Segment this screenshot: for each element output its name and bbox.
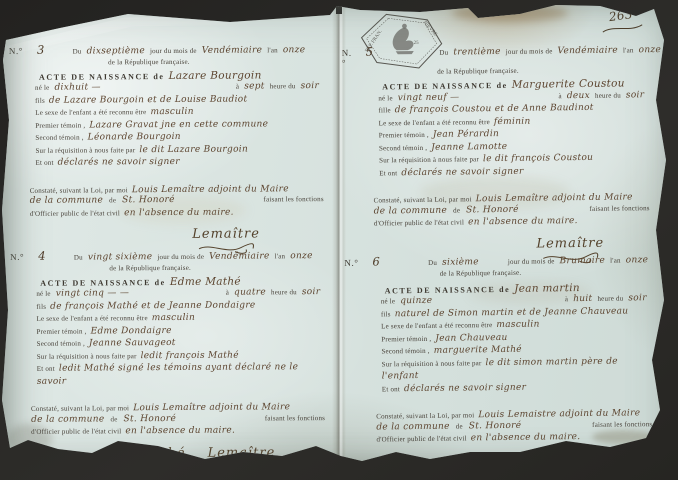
record-number: 5	[366, 48, 374, 58]
birth-record-4: N.° 4 Du vingt sixième jour du mois de V…	[10, 250, 331, 474]
sex-label: Le sexe de l'enfant a été reconnu être	[35, 108, 146, 117]
year-prefix: l'an	[610, 257, 621, 267]
hour-value: huit	[573, 295, 592, 305]
date-year: onze	[639, 46, 662, 56]
born-day: dixhuit —	[54, 83, 100, 93]
commune-label: de la commune	[30, 195, 103, 206]
date-month: Vendémiaire	[557, 47, 618, 57]
date-mid-label: jour du mois de	[157, 253, 204, 263]
hour-at-label: à	[236, 83, 239, 93]
functions-label: faisant les fonctions	[589, 203, 649, 214]
signature-flourish	[529, 466, 587, 480]
signature: Lemaître	[208, 445, 276, 460]
child-name: Marguerite Coustou	[512, 77, 625, 90]
commune-name: St. Honoré	[469, 420, 522, 431]
acte-label: ACTE DE NAISSANCE de	[40, 278, 166, 288]
commune-name: St. Honoré	[122, 195, 175, 206]
acte-label: ACTE DE NAISSANCE de	[39, 72, 165, 82]
parents-names: de françois Mathé et de Jeanne Dondaigre	[50, 300, 255, 311]
folio-number: 263	[598, 4, 645, 37]
filiation-label: fils	[36, 302, 46, 310]
witness2-label: Second témoin ,	[37, 340, 85, 348]
requisition-label: Sur la réquisition à nous faite par	[382, 359, 482, 368]
commune-label: de la commune	[31, 414, 104, 425]
binding-seam	[332, 0, 346, 480]
date-month: Vendémiaire	[202, 46, 263, 56]
certification-paragraph: Constaté, suivant la Loi, par moi Louis …	[10, 182, 330, 219]
signed-note: ledit Mathé signé les témoins ayant décl…	[37, 362, 298, 386]
de-label: de	[456, 421, 463, 432]
witness1-label: Premier témoin ,	[35, 121, 85, 129]
record-number-label: N.°	[10, 253, 24, 263]
folio-flourish	[600, 21, 645, 37]
witness1-label: Premier témoin ,	[37, 327, 87, 335]
year-prefix: l'an	[267, 46, 278, 56]
date-year: onze	[626, 256, 649, 266]
hour-label: heure du	[270, 82, 296, 92]
hour-label: heure du	[271, 288, 297, 298]
date-month: Vendémiaire	[209, 252, 270, 262]
absence-note: en l'absence du maire.	[124, 207, 234, 218]
signature-flourish	[212, 460, 270, 473]
date-day: trentième	[453, 48, 501, 58]
date-month: Brumaire	[560, 257, 606, 267]
hour-at-label: à	[565, 295, 568, 305]
stamp-text-right: NIÈVRE	[422, 20, 439, 38]
signature: Lemaistre adj.	[504, 451, 613, 467]
signed-note: déclarés ne savoir signer	[401, 166, 523, 177]
witness1-name: Edme Dondaigre	[91, 325, 172, 335]
sex-label: Le sexe de l'enfant a été reconnu être	[381, 321, 492, 330]
signed-label: Et ont	[379, 169, 397, 177]
functions-label: faisant les fonctions	[592, 419, 652, 430]
date-mid-label: jour du mois de	[506, 47, 553, 57]
year-prefix: l'an	[275, 252, 286, 262]
signed-note: déclarés ne savoir signer	[58, 157, 180, 168]
filiation-label: fille	[378, 106, 390, 114]
requisition-label: Sur la réquisition à nous faite par	[35, 146, 135, 155]
constate-label: Constaté, suivant la Loi, par moi	[374, 195, 472, 204]
de-label: de	[109, 195, 116, 206]
record-number-label: N.°	[9, 47, 23, 57]
witness1-label: Premier témoin ,	[379, 131, 429, 140]
date-prefix: Du	[428, 259, 437, 269]
parents-names: de françois Coustou et de Anne Baudinot	[395, 103, 594, 115]
witness2-name: marguerite Mathé	[434, 345, 522, 356]
date-mid-label: jour du mois de	[150, 47, 197, 57]
hour-value: sept	[244, 82, 265, 92]
absence-note: en l'absence du maire.	[468, 216, 578, 227]
witness2-name: Jeanne Sauvageot	[89, 338, 176, 349]
officer-label: d'Officier public de l'état civil	[31, 427, 121, 436]
constate-label: Constaté, suivant la Loi, par moi	[376, 411, 474, 420]
date-day: sixième	[442, 258, 479, 268]
requisition-name: ledit françois Mathé	[141, 350, 239, 361]
officer-name: Louis Lemaître adjoint du Maire	[133, 402, 290, 413]
requisition-label: Sur la réquisition à nous faite par	[37, 352, 137, 361]
officer-label: d'Officier public de l'état civil	[30, 209, 120, 218]
date-prefix: Du	[439, 49, 448, 59]
filiation-label: fils	[35, 96, 45, 104]
de-label: de	[453, 205, 460, 216]
officer-name: Louis Lemaître adjoint du Maire	[132, 184, 289, 195]
certification-paragraph: Constaté, suivant la Loi, par moi Louis …	[346, 406, 658, 445]
requisition-name: le dit françois Coustou	[483, 153, 593, 164]
witness2-label: Second témoin ,	[35, 134, 83, 142]
signed-label: Et ont	[37, 365, 55, 373]
hour-label: heure du	[597, 294, 623, 304]
signature: Lemaître	[192, 226, 260, 241]
requisition-name: le dit Lazare Bourgoin	[139, 144, 248, 155]
child-name: Edme Mathé	[170, 275, 241, 287]
born-day: vingt cinq — —	[56, 289, 129, 299]
absence-note: en l'absence du maire.	[125, 426, 235, 437]
certification-paragraph: Constaté, suivant la Loi, par moi Louis …	[11, 400, 331, 437]
witness1-name: Jean Chauveau	[435, 332, 507, 343]
page-left: N.° 3 Du dixseptième jour du mois de Ven…	[9, 17, 332, 469]
date-day: dixseptième	[87, 47, 145, 57]
witness2-label: Second témoin ,	[379, 143, 427, 152]
hour-period: soir	[628, 294, 647, 304]
functions-label: faisant les fonctions	[264, 194, 324, 205]
commune-name: St. Honoré	[466, 204, 519, 215]
scan-background: N.° 3 Du dixseptième jour du mois de Ven…	[0, 0, 678, 480]
date-year: onze	[283, 46, 306, 56]
filiation-label: fils	[381, 310, 391, 318]
year-prefix: l'an	[623, 46, 634, 56]
record-number-label: N.°	[344, 259, 358, 269]
date-day: vingt sixième	[88, 253, 153, 263]
absence-note: en l'absence du maire.	[471, 432, 581, 443]
hour-at-label: à	[226, 289, 229, 299]
commune-name: St. Honoré	[123, 413, 176, 424]
hour-label: heure du	[595, 91, 621, 101]
seam-notch	[336, 0, 342, 14]
sex-value: féminin	[494, 116, 531, 126]
witness2-name: Jeanne Lamotte	[431, 141, 507, 152]
witness2-name: Léonarde Bourgoin	[88, 132, 181, 143]
signature-father: f. mathé	[124, 445, 186, 460]
born-day: quinze	[400, 297, 432, 307]
record-number: 4	[38, 252, 46, 262]
record-number: 6	[372, 257, 380, 267]
signature: Lemaître	[536, 235, 604, 251]
stamp-value: 25	[414, 41, 420, 46]
functions-label: faisant les fonctions	[265, 413, 325, 424]
witness1-label: Premier témoin ,	[381, 334, 431, 343]
hour-at-label: à	[558, 92, 561, 102]
constate-label: Constaté, suivant la Loi, par moi	[30, 186, 128, 195]
birth-record-6: N.° 6 Du sixième jour du mois de Brumair…	[344, 254, 659, 480]
date-year: onze	[290, 252, 313, 262]
constate-label: Constaté, suivant la Loi, par moi	[31, 404, 129, 413]
acte-label: ACTE DE NAISSANCE de	[382, 81, 508, 92]
sex-label: Le sexe de l'enfant a été reconnu être	[36, 314, 147, 323]
officer-label: d'Officier public de l'état civil	[376, 434, 466, 443]
sex-value: masculin	[496, 320, 539, 331]
date-mid-label: jour du mois de	[508, 257, 555, 267]
hour-period: soir	[301, 82, 319, 92]
child-name: Lazare Bourgoin	[169, 69, 262, 82]
officer-label: d'Officier public de l'état civil	[374, 218, 464, 227]
witness1-name: Lazare Gravat jne en cette commune	[89, 119, 268, 130]
date-prefix: Du	[73, 48, 82, 58]
birth-record-3: N.° 3 Du dixseptième jour du mois de Ven…	[9, 44, 330, 256]
witness1-name: Jean Pérardin	[433, 129, 499, 140]
register-spread: N.° 3 Du dixseptième jour du mois de Ven…	[0, 0, 678, 480]
signed-note: déclarés ne savoir signer	[404, 382, 526, 393]
sex-value: masculin	[150, 107, 193, 117]
record-number: 3	[37, 46, 45, 56]
sex-value: masculin	[152, 313, 195, 323]
certification-paragraph: Constaté, suivant la Loi, par moi Louis …	[343, 190, 655, 229]
hour-period: soir	[626, 91, 645, 101]
de-label: de	[110, 414, 117, 425]
acte-label: ACTE DE NAISSANCE de	[385, 284, 511, 295]
birth-record-5: N.° 5 Du trentième jour du mois de Vendé…	[342, 44, 657, 266]
signed-label: Et ont	[35, 159, 53, 167]
hour-value: deux	[567, 91, 590, 101]
requisition-label: Sur la réquisition à nous faite par	[379, 155, 479, 164]
child-name: Jean martin	[514, 282, 580, 295]
page-right: RÉP. FRAN. NIÈVRE 25 263 N.° 5 Du trenti…	[341, 2, 659, 468]
signed-label: Et ont	[382, 385, 400, 393]
witness2-label: Second témoin ,	[381, 347, 429, 356]
date-prefix: Du	[74, 254, 83, 264]
hour-period: soir	[302, 288, 320, 298]
hour-value: quatre	[234, 288, 266, 298]
sex-label: Le sexe de l'enfant a été reconnu être	[379, 118, 490, 127]
